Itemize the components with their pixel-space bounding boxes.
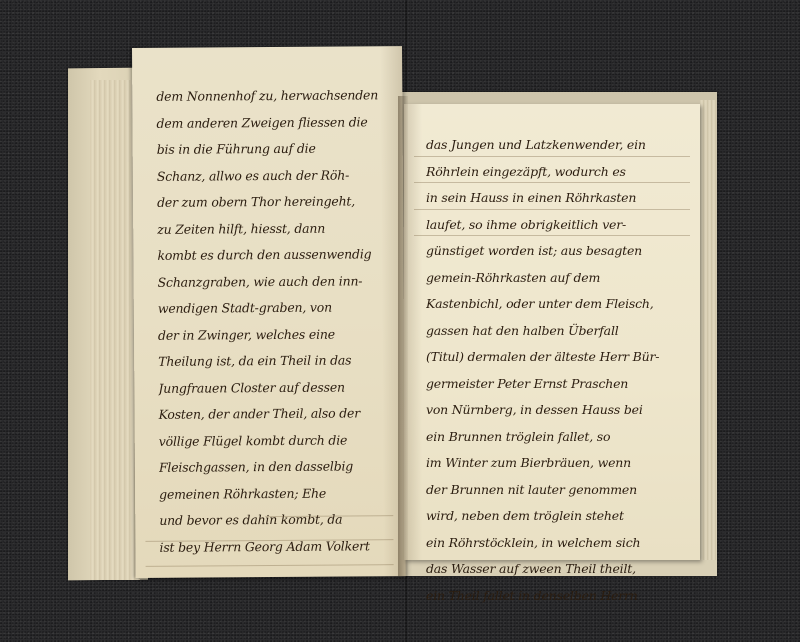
handwritten-line: (Titul) dermalen der älteste Herr Bür-: [426, 344, 688, 371]
handwritten-line: Schanzgraben, wie auch den inn-: [158, 268, 394, 296]
handwritten-line: der zum obern Thor hereingeht,: [157, 188, 393, 216]
handwritten-line: das Wasser auf zween Theil theilt,: [426, 556, 688, 583]
handwritten-line: wird, neben dem tröglein stehet: [426, 503, 688, 530]
handwritten-line: Schanz, allwo es auch der Röh-: [157, 162, 393, 190]
handwritten-line: günstiget worden ist; aus besagten: [426, 238, 688, 265]
handwritten-line: ein Brunnen tröglein fallet, so: [426, 424, 688, 451]
handwritten-line: ein Röhrstöcklein, in welchem sich: [426, 530, 688, 557]
handwritten-line: Kosten, der ander Theil, also der: [158, 400, 394, 428]
handwritten-line: dem Nonnenhof zu, herwachsenden: [156, 82, 392, 110]
handwritten-line: germeister Peter Ernst Praschen: [426, 371, 688, 398]
handwritten-line: bis in die Führung auf die: [157, 135, 393, 163]
handwritten-line: das Jungen und Latzkenwender, ein: [426, 132, 688, 159]
pencil-rule: [146, 564, 394, 567]
handwritten-line: wendigen Stadt-graben, von: [158, 294, 394, 322]
handwritten-line: gemeinen Röhrkasten; Ehe: [159, 480, 395, 508]
handwritten-line: in sein Hauss in einen Röhrkasten: [426, 185, 688, 212]
handwritten-line: gassen hat den halben Überfall: [426, 318, 688, 345]
handwritten-line: ein Theil fallet in denselben Herrn: [426, 583, 688, 610]
handwritten-line: von Nürnberg, in dessen Hauss bei: [426, 397, 688, 424]
handwritten-line: der Brunnen nit lauter genommen: [426, 477, 688, 504]
handwritten-line: im Winter zum Bierbräuen, wenn: [426, 450, 688, 477]
handwritten-line: kombt es durch den aussenwendig: [157, 241, 393, 269]
handwritten-line: Jungfrauen Closter auf dessen: [158, 374, 394, 402]
right-page-edges: [700, 100, 716, 560]
handwritten-line: dem anderen Zweigen fliessen die: [156, 109, 392, 137]
handwritten-line: ist bey Herrn Georg Adam Volkert: [159, 533, 395, 561]
handwritten-line: Röhrlein eingezäpft, wodurch es: [426, 159, 688, 186]
right-page-text: das Jungen und Latzkenwender, ein Röhrle…: [426, 132, 688, 609]
handwritten-line: und bevor es dahin kombt, da: [159, 506, 395, 534]
handwritten-line: zu Zeiten hilft, hiesst, dann: [157, 215, 393, 243]
handwritten-line: Theilung ist, da ein Theil in das: [158, 347, 394, 375]
right-page: das Jungen und Latzkenwender, ein Röhrle…: [404, 104, 700, 560]
manuscript-photo: dem Nonnenhof zu, herwachsenden dem ande…: [0, 0, 800, 642]
book-gutter: [398, 96, 408, 576]
handwritten-line: völlige Flügel kombt durch die: [159, 427, 395, 455]
handwritten-line: laufet, so ihme obrigkeitlich ver-: [426, 212, 688, 239]
handwritten-line: Kastenbichl, oder unter dem Fleisch,: [426, 291, 688, 318]
handwritten-line: gemein-Röhrkasten auf dem: [426, 265, 688, 292]
left-page: dem Nonnenhof zu, herwachsenden dem ande…: [132, 46, 406, 578]
left-page-text: dem Nonnenhof zu, herwachsenden dem ande…: [156, 82, 395, 561]
handwritten-line: der in Zwinger, welches eine: [158, 321, 394, 349]
handwritten-line: Fleischgassen, in den dasselbig: [159, 453, 395, 481]
